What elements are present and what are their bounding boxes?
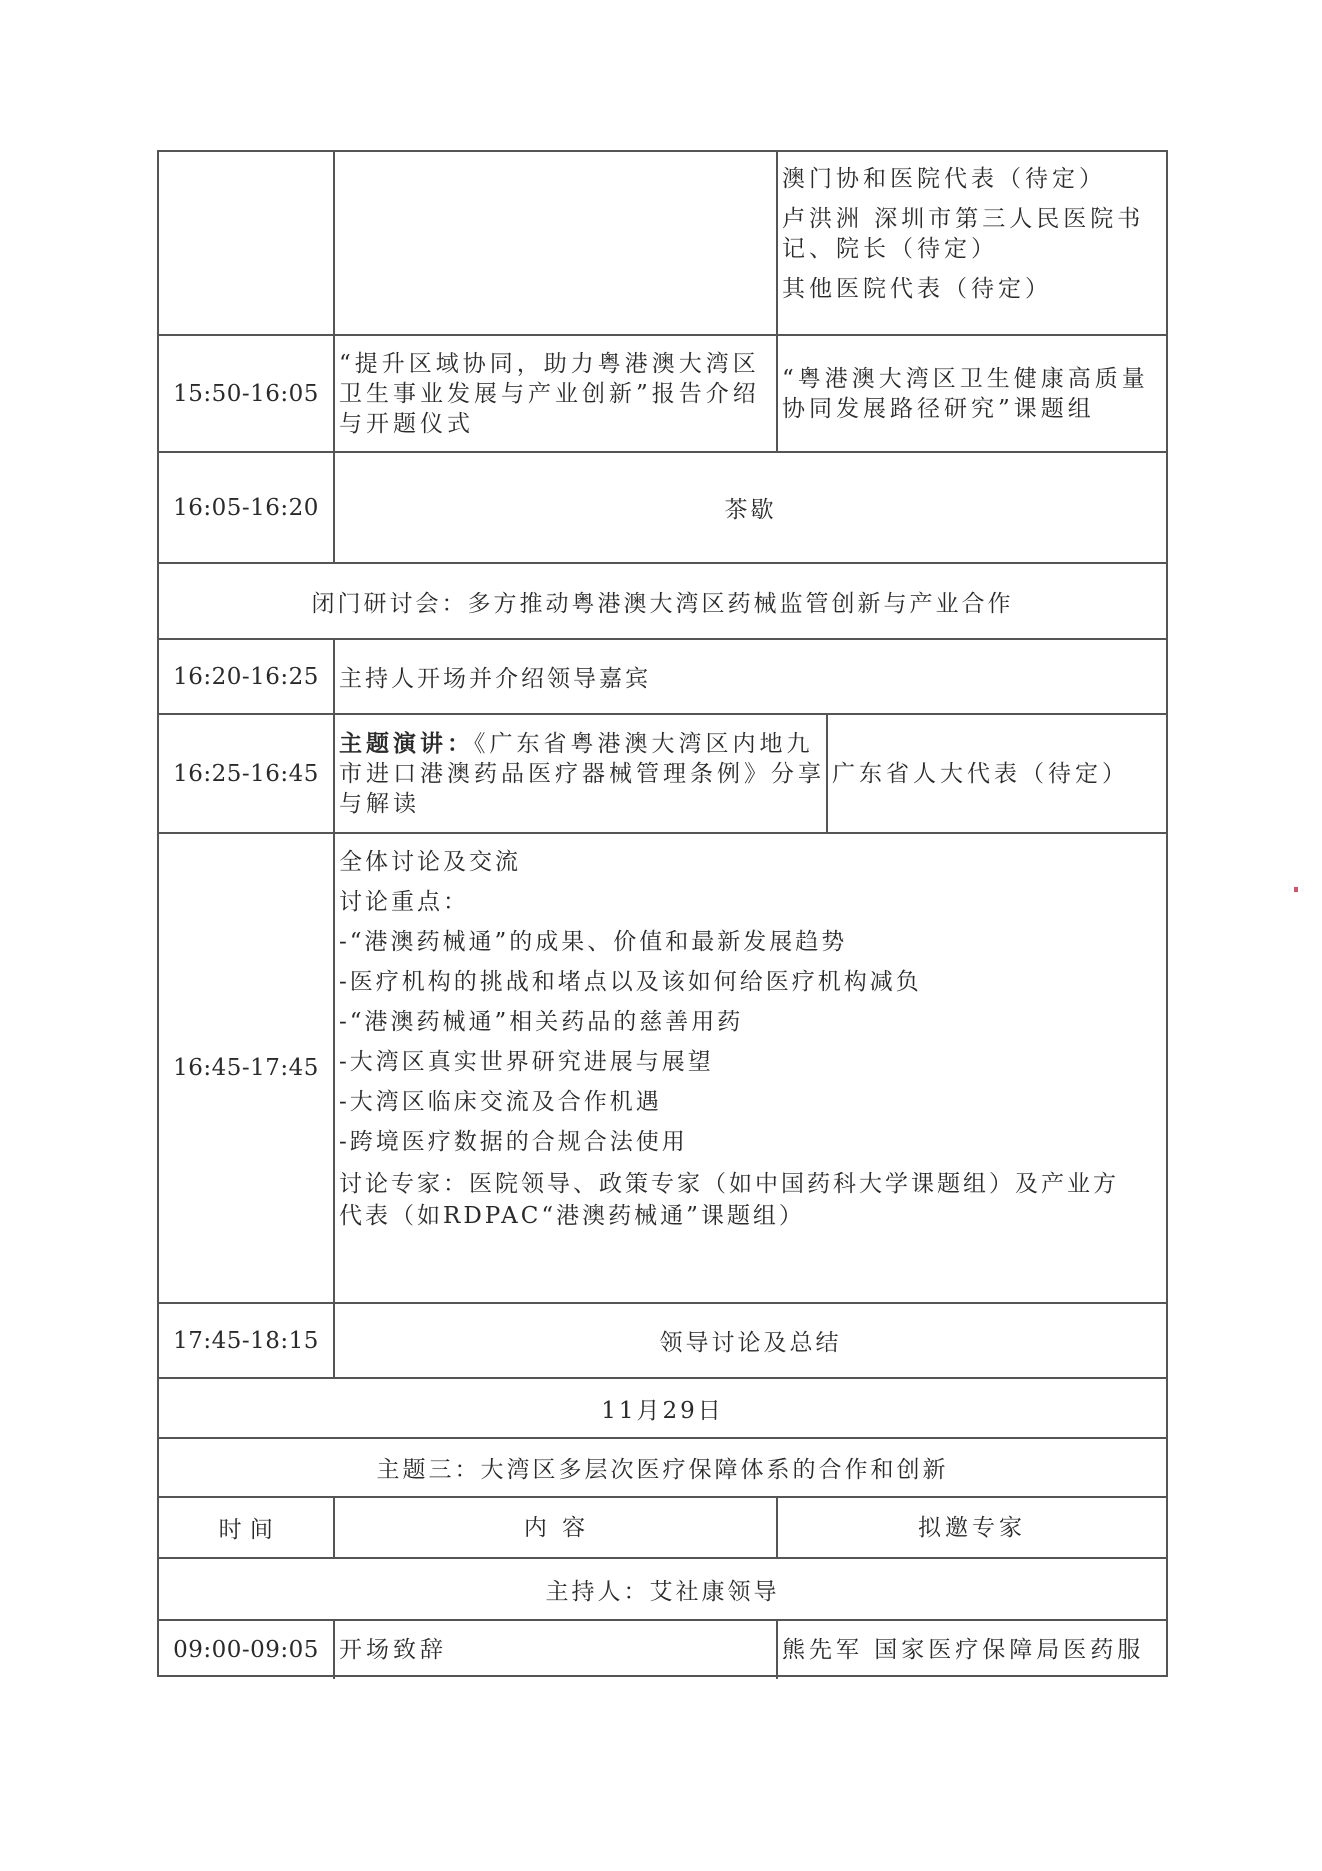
table-row: 澳门协和医院代表（待定） 卢洪洲 深圳市第三人民医院书 记、院长（待定） 其他医… bbox=[159, 152, 1166, 334]
host-row: 主持人：艾社康领导 bbox=[159, 1557, 1166, 1619]
table-row: 16:25-16:45 主题演讲：《广东省粤港澳大湾区内地九 市进口港澳药品医疗… bbox=[159, 713, 1166, 832]
discussion-cell: 全体讨论及交流 讨论重点： -“港澳药械通”的成果、价值和最新发展趋势 -医疗机… bbox=[335, 834, 1166, 1302]
expert-line: 澳门协和医院代表（待定） bbox=[782, 164, 1162, 194]
time-cell: 09:00-09:05 bbox=[159, 1621, 335, 1679]
table-row: 16:20-16:25 主持人开场并介绍领导嘉宾 bbox=[159, 638, 1166, 713]
focus-item: -大湾区临床交流及合作机遇 bbox=[339, 1082, 1162, 1122]
content-line: 与开题仪式 bbox=[339, 409, 774, 439]
table-row: 16:05-16:20 茶歇 bbox=[159, 451, 1166, 562]
focus-item: -大湾区真实世界研究进展与展望 bbox=[339, 1042, 1162, 1082]
content-line: “提升区域协同，助力粤港澳大湾区 bbox=[339, 349, 774, 379]
expert-line: 协同发展路径研究”课题组 bbox=[782, 394, 1162, 424]
experts-line: 讨论专家：医院领导、政策专家（如中国药科大学课题组）及产业方 bbox=[339, 1168, 1162, 1200]
scan-speck bbox=[1294, 887, 1298, 892]
column-header-time: 时 间 bbox=[159, 1498, 335, 1557]
time-cell: 16:05-16:20 bbox=[159, 453, 335, 562]
expert-line: 熊先军 国家医疗保障局医药服 bbox=[782, 1635, 1162, 1665]
section-header-row: 闭门研讨会：多方推动粤港澳大湾区药械监管创新与产业合作 bbox=[159, 562, 1166, 638]
focus-item: -跨境医疗数据的合规合法使用 bbox=[339, 1122, 1162, 1162]
column-header-row: 时 间 内 容 拟邀专家 bbox=[159, 1496, 1166, 1557]
content-line: 与解读 bbox=[339, 789, 824, 819]
experts-line: 代表（如RDPAC“港澳药械通”课题组） bbox=[339, 1200, 1162, 1232]
content-cell: 主题演讲：《广东省粤港澳大湾区内地九 市进口港澳药品医疗器械管理条例》分享 与解… bbox=[335, 715, 828, 832]
experts-cell: 熊先军 国家医疗保障局医药服 bbox=[778, 1621, 1166, 1679]
content-cell: 开场致辞 bbox=[335, 1621, 778, 1679]
time-cell: 16:20-16:25 bbox=[159, 640, 335, 713]
focus-item: -“港澳药械通”相关药品的慈善用药 bbox=[339, 1002, 1162, 1042]
expert-line: “粤港澳大湾区卫生健康高质量 bbox=[782, 364, 1162, 394]
content-line: 卫生事业发展与产业创新”报告介绍 bbox=[339, 379, 774, 409]
tea-break-cell: 茶歇 bbox=[335, 453, 1166, 562]
date-row: 11月29日 bbox=[159, 1377, 1166, 1437]
discussion-title: 全体讨论及交流 bbox=[339, 842, 1162, 882]
focus-label: 讨论重点： bbox=[339, 882, 1162, 922]
time-cell bbox=[159, 152, 335, 334]
time-cell: 17:45-18:15 bbox=[159, 1304, 335, 1377]
time-cell: 16:45-17:45 bbox=[159, 834, 335, 1302]
theme-row: 主题三：大湾区多层次医疗保障体系的合作和创新 bbox=[159, 1437, 1166, 1496]
experts-cell: “粤港澳大湾区卫生健康高质量 协同发展路径研究”课题组 bbox=[778, 336, 1166, 451]
time-cell: 16:25-16:45 bbox=[159, 715, 335, 832]
expert-line: 卢洪洲 深圳市第三人民医院书 bbox=[782, 204, 1162, 234]
content-line: 开场致辞 bbox=[339, 1635, 774, 1665]
focus-item: -医疗机构的挑战和堵点以及该如何给医疗机构减负 bbox=[339, 962, 1162, 1002]
column-header-content: 内 容 bbox=[335, 1498, 778, 1557]
focus-item: -“港澳药械通”的成果、价值和最新发展趋势 bbox=[339, 922, 1162, 962]
expert-line: 其他医院代表（待定） bbox=[782, 274, 1162, 304]
content-line: 市进口港澳药品医疗器械管理条例》分享 bbox=[339, 759, 824, 789]
table-row: 09:00-09:05 开场致辞 熊先军 国家医疗保障局医药服 bbox=[159, 1619, 1166, 1679]
content-cell: 领导讨论及总结 bbox=[335, 1304, 1166, 1377]
expert-line: 广东省人大代表（待定） bbox=[832, 759, 1162, 789]
host-label: 主持人：艾社康领导 bbox=[159, 1559, 1166, 1619]
expert-line: 记、院长（待定） bbox=[782, 234, 1162, 264]
content-cell: “提升区域协同，助力粤港澳大湾区 卫生事业发展与产业创新”报告介绍 与开题仪式 bbox=[335, 336, 778, 451]
time-cell: 15:50-16:05 bbox=[159, 336, 335, 451]
date-label: 11月29日 bbox=[159, 1379, 1166, 1437]
table-row: 17:45-18:15 领导讨论及总结 bbox=[159, 1302, 1166, 1377]
content-cell bbox=[335, 152, 778, 334]
table-row: 15:50-16:05 “提升区域协同，助力粤港澳大湾区 卫生事业发展与产业创新… bbox=[159, 334, 1166, 451]
section-title: 闭门研讨会：多方推动粤港澳大湾区药械监管创新与产业合作 bbox=[159, 564, 1166, 638]
experts-cell: 广东省人大代表（待定） bbox=[828, 715, 1166, 832]
column-header-experts: 拟邀专家 bbox=[778, 1498, 1166, 1557]
table-row: 16:45-17:45 全体讨论及交流 讨论重点： -“港澳药械通”的成果、价值… bbox=[159, 832, 1166, 1302]
keynote-label: 主题演讲： bbox=[339, 730, 474, 757]
content-line: 主题演讲：《广东省粤港澳大湾区内地九 bbox=[339, 729, 824, 759]
agenda-table: 澳门协和医院代表（待定） 卢洪洲 深圳市第三人民医院书 记、院长（待定） 其他医… bbox=[157, 150, 1168, 1677]
content-cell: 主持人开场并介绍领导嘉宾 bbox=[335, 640, 1166, 713]
theme-title: 主题三：大湾区多层次医疗保障体系的合作和创新 bbox=[159, 1439, 1166, 1496]
experts-cell: 澳门协和医院代表（待定） 卢洪洲 深圳市第三人民医院书 记、院长（待定） 其他医… bbox=[778, 152, 1166, 334]
